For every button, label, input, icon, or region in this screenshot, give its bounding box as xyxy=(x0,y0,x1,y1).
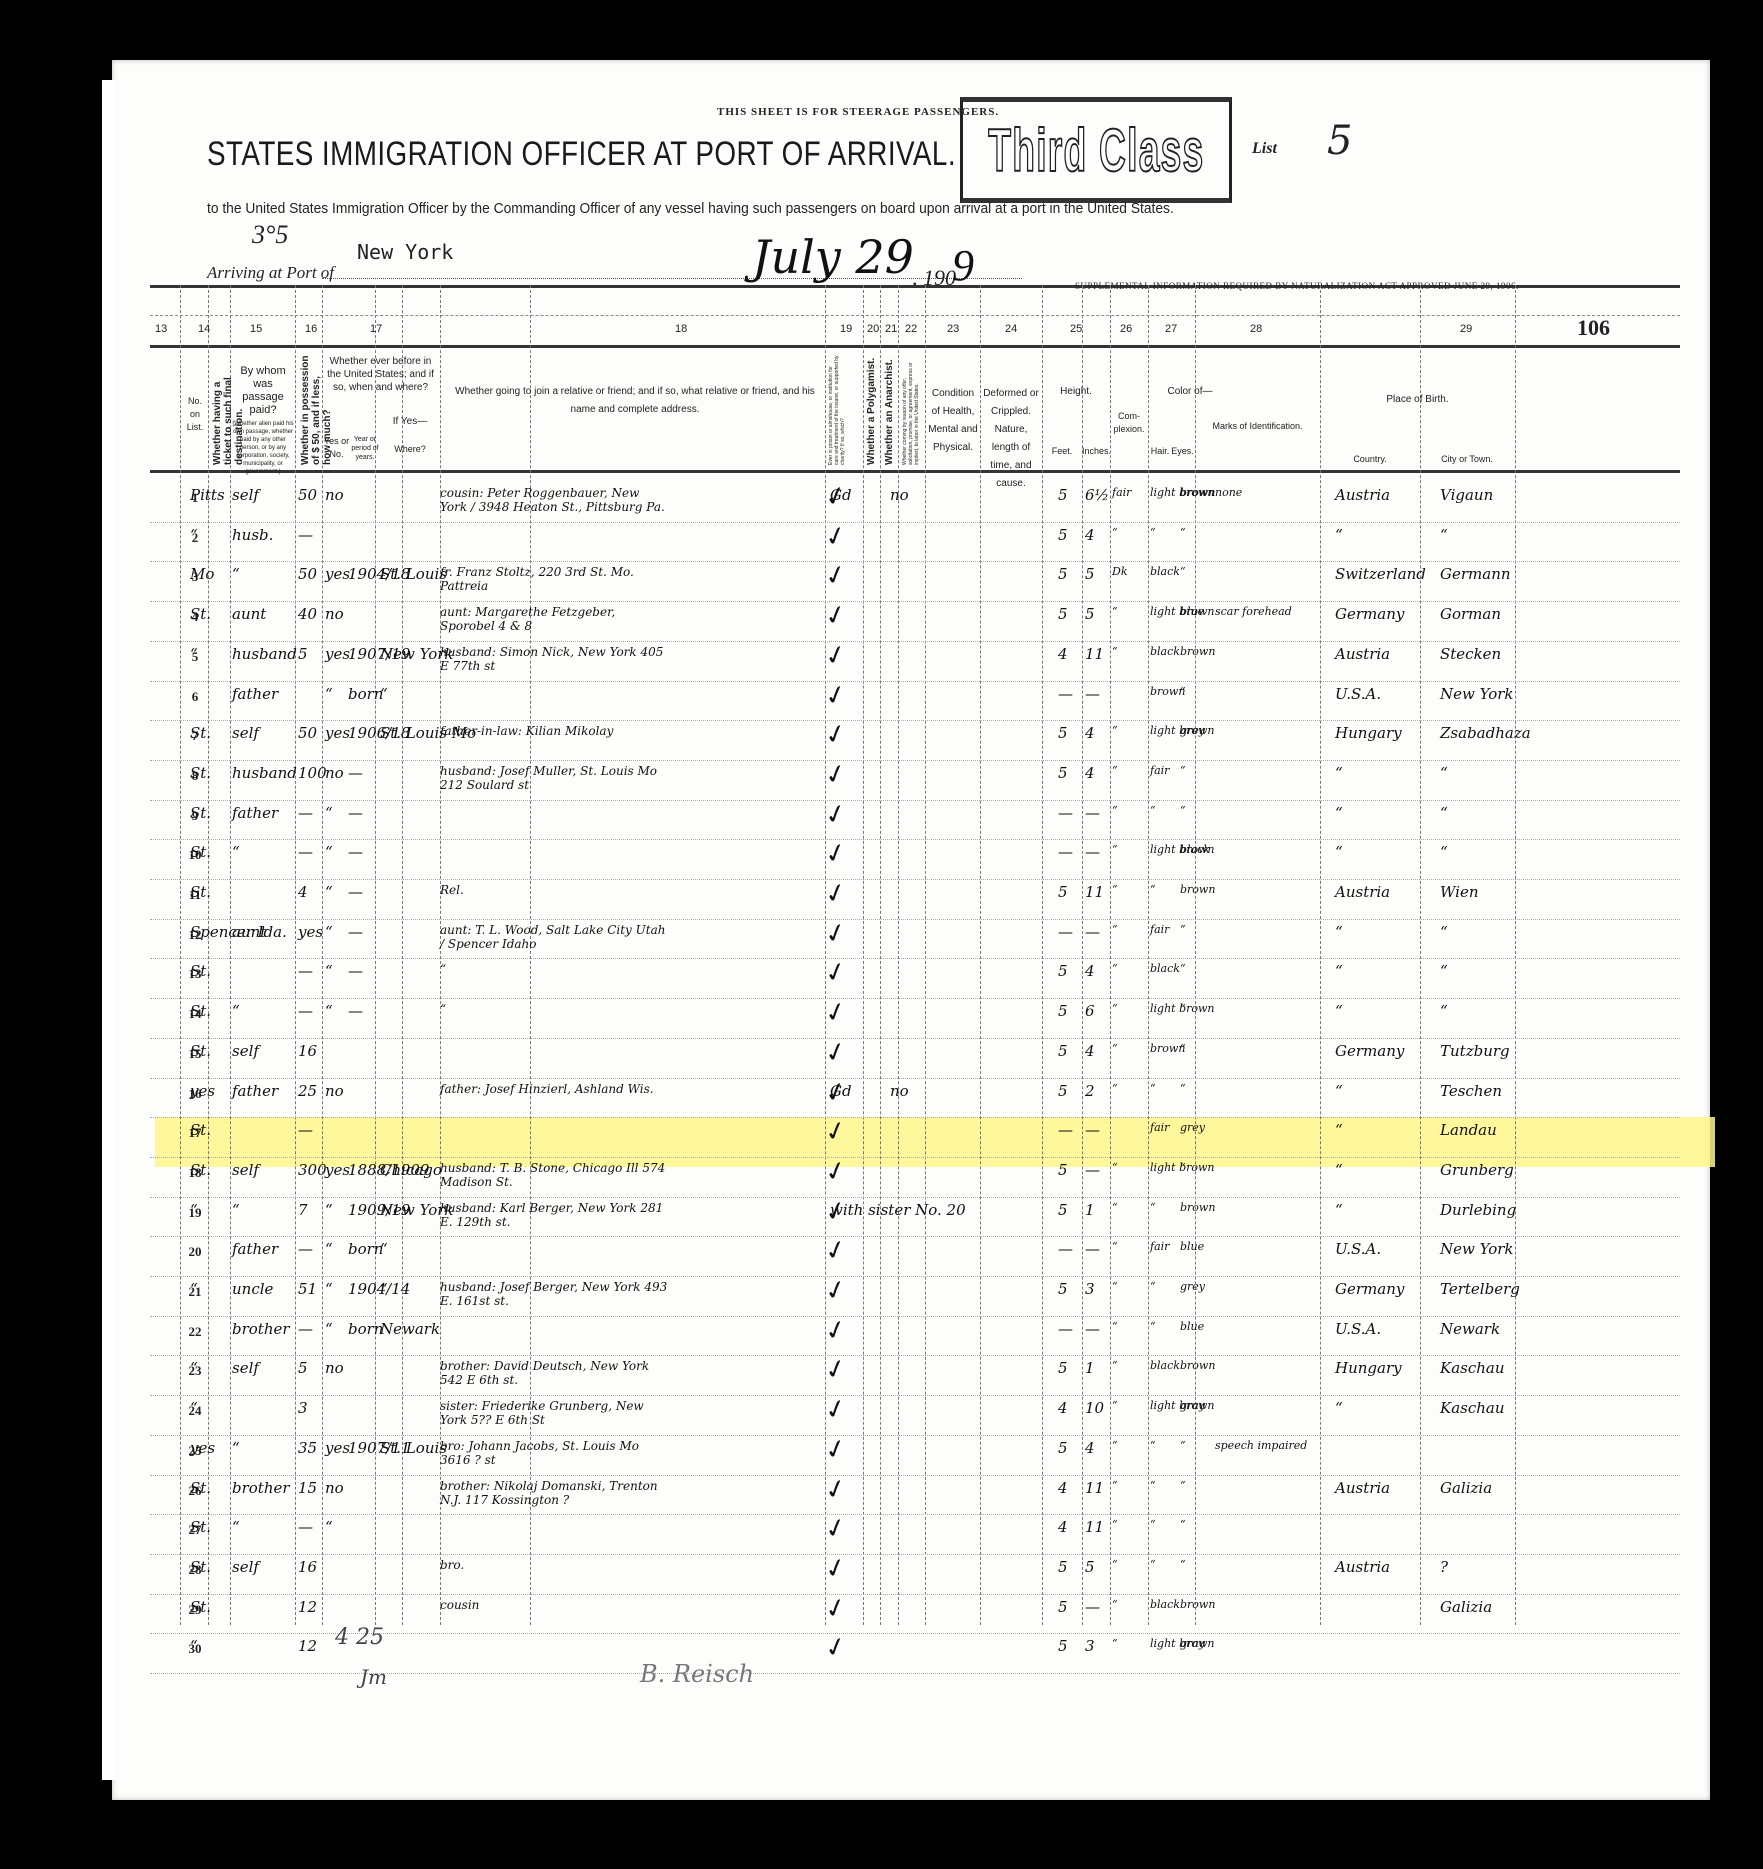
eyes-cell: blue xyxy=(1180,605,1204,618)
country-cell: Switzerland xyxy=(1335,565,1426,583)
money-cell: 51 xyxy=(298,1280,317,1298)
complexion-cell: “ xyxy=(1112,1479,1118,1492)
col-19-number: 19 xyxy=(840,323,852,335)
year-cell: — xyxy=(348,883,363,901)
row-divider xyxy=(150,998,1680,999)
header-anarchist: Whether an Anarchist. xyxy=(884,355,895,465)
eyes-cell: brown xyxy=(1180,1598,1215,1611)
relative-cell: cousin xyxy=(440,1598,479,1612)
inches-cell: 11 xyxy=(1085,1518,1104,1536)
deformed-cell: no xyxy=(890,1082,909,1100)
feet-cell: 5 xyxy=(1058,1637,1068,1655)
been-before-cell: “ xyxy=(325,1518,333,1536)
row-divider xyxy=(150,919,1680,920)
ticket-cell: “ xyxy=(190,1399,198,1417)
header-if-yes: If Yes— xyxy=(380,415,440,428)
passage-paid-cell: aunt xyxy=(232,923,266,941)
money-cell: — xyxy=(298,843,313,861)
money-cell: — xyxy=(298,1121,313,1139)
ticket-cell: St. xyxy=(190,1479,211,1497)
been-before-cell: no xyxy=(325,1082,344,1100)
inches-cell: 5 xyxy=(1085,565,1095,583)
country-cell: “ xyxy=(1335,1002,1343,1020)
where-cell: “ xyxy=(380,685,388,703)
relative-cell: father-in-law: Kilian Mikolay xyxy=(440,724,613,738)
been-before-cell: “ xyxy=(325,1002,333,1020)
eyes-cell: brown xyxy=(1180,645,1215,658)
been-before-cell: yes xyxy=(325,645,350,663)
col-21-number: 21 xyxy=(885,323,897,335)
eyes-cell: “ xyxy=(1180,804,1186,817)
been-before-cell: “ xyxy=(325,1280,333,1298)
passage-paid-cell: father xyxy=(232,804,278,822)
money-cell: 5 xyxy=(298,645,308,663)
complexion-cell: “ xyxy=(1112,1280,1118,1293)
stamp-text: Third Class xyxy=(988,116,1204,185)
year-digit: 9 xyxy=(952,240,974,291)
been-before-cell: yes xyxy=(325,724,350,742)
inches-cell: 4 xyxy=(1085,962,1095,980)
money-cell: 25 xyxy=(298,1082,317,1100)
hair-cell: “ xyxy=(1150,1320,1156,1333)
money-cell: 3 xyxy=(298,1399,308,1417)
country-cell: U.S.A. xyxy=(1335,685,1381,703)
ticket-cell: yes xyxy=(190,1082,215,1100)
row-divider xyxy=(150,1554,1680,1555)
city-cell: Wien xyxy=(1440,883,1479,901)
money-cell: 15 xyxy=(298,1479,317,1497)
feet-cell: 4 xyxy=(1058,1479,1068,1497)
header-polygamist: Whether a Polygamist. xyxy=(866,355,877,465)
passage-paid-cell: husband xyxy=(232,645,297,663)
hair-cell: black xyxy=(1150,565,1180,578)
row-divider xyxy=(150,1276,1680,1277)
complexion-cell: “ xyxy=(1112,1042,1118,1055)
feet-cell: 5 xyxy=(1058,1280,1068,1298)
inches-cell: — xyxy=(1085,1598,1100,1616)
health-cell: with sister No. 20 xyxy=(830,1201,966,1219)
eyes-cell: grey xyxy=(1180,1280,1205,1293)
header-passage-note: (Whether alien paid his own passage, whe… xyxy=(232,420,294,476)
city-cell: Gorman xyxy=(1440,605,1501,623)
ticket-cell: St. xyxy=(190,962,211,980)
arrival-date: July 29 xyxy=(752,230,914,284)
eyes-cell: “ xyxy=(1180,764,1186,777)
relative-cell: Rel. xyxy=(440,883,464,897)
feet-cell: 5 xyxy=(1058,565,1068,583)
city-cell: Kaschau xyxy=(1440,1399,1505,1417)
header-health: Condition of Health, Mental and Physical… xyxy=(927,385,979,457)
money-cell: 40 xyxy=(298,605,317,623)
row-divider xyxy=(150,1475,1680,1476)
hair-cell: “ xyxy=(1150,1479,1156,1492)
officer-signature: B. Reisch xyxy=(640,1660,754,1688)
relative-cell: husband: Karl Berger, New York 281 E. 12… xyxy=(440,1201,670,1229)
complexion-cell: “ xyxy=(1112,1082,1118,1095)
eyes-cell: “ xyxy=(1180,1082,1186,1095)
header-inches: Inches. xyxy=(1082,445,1110,458)
header-height: Height. xyxy=(1045,385,1107,398)
relative-cell: fr. Franz Stoltz, 220 3rd St. Mo. Pattre… xyxy=(440,565,670,593)
city-cell: Grunberg xyxy=(1440,1161,1514,1179)
feet-cell: — xyxy=(1058,1320,1073,1338)
hair-cell: “ xyxy=(1150,804,1156,817)
ticket-cell: Pitts xyxy=(190,486,225,504)
eyes-cell: “ xyxy=(1180,565,1186,578)
country-cell: “ xyxy=(1335,843,1343,861)
eyes-cell: “ xyxy=(1180,685,1186,698)
header-marks: Marks of Identification. xyxy=(1200,420,1315,433)
been-before-cell: “ xyxy=(325,1201,333,1219)
city-cell: Stecken xyxy=(1440,645,1501,663)
row-divider xyxy=(150,1157,1680,1158)
col-28-number: 28 xyxy=(1250,323,1262,335)
eyes-cell: gray xyxy=(1180,1637,1205,1650)
header-hair: Hair. xyxy=(1150,445,1170,458)
feet-cell: 5 xyxy=(1058,764,1068,782)
row-divider xyxy=(150,1355,1680,1356)
money-cell: — xyxy=(298,1320,313,1338)
inches-cell: 4 xyxy=(1085,526,1095,544)
hair-cell: “ xyxy=(1150,1082,1156,1095)
relative-cell: husband: T. B. Stone, Chicago Ill 574 Ma… xyxy=(440,1161,670,1189)
col-18-number: 18 xyxy=(675,323,687,335)
been-before-cell: yes xyxy=(325,1439,350,1457)
header-eyes: Eyes. xyxy=(1170,445,1195,458)
feet-cell: 4 xyxy=(1058,1518,1068,1536)
feet-cell: — xyxy=(1058,1121,1073,1139)
feet-cell: 5 xyxy=(1058,1359,1068,1377)
list-label: List xyxy=(1252,140,1277,158)
eyes-cell: “ xyxy=(1180,1558,1186,1571)
row-divider xyxy=(150,1435,1680,1436)
col-26-number: 26 xyxy=(1120,323,1132,335)
complexion-cell: “ xyxy=(1112,1359,1118,1372)
row-divider xyxy=(150,641,1680,642)
eyes-cell: “ xyxy=(1180,962,1186,975)
complexion-cell: “ xyxy=(1112,1558,1118,1571)
row-divider xyxy=(150,1316,1680,1317)
been-before-cell: yes xyxy=(325,565,350,583)
ticket-cell: “ xyxy=(190,1637,198,1655)
city-cell: Teschen xyxy=(1440,1082,1502,1100)
money-cell: 50 xyxy=(298,724,317,742)
header-color-of: Color of— xyxy=(1150,385,1230,398)
row-number: 22 xyxy=(180,1324,210,1340)
city-cell: Galizia xyxy=(1440,1479,1492,1497)
inches-cell: 1 xyxy=(1085,1201,1095,1219)
feet-cell: — xyxy=(1058,923,1073,941)
eyes-cell: “ xyxy=(1180,1002,1186,1015)
inches-cell: 3 xyxy=(1085,1280,1095,1298)
been-before-cell: “ xyxy=(325,1240,333,1258)
inches-cell: 2 xyxy=(1085,1082,1095,1100)
year-cell: born xyxy=(348,685,383,703)
hair-cell: “ xyxy=(1150,1280,1156,1293)
passage-paid-cell: husb. xyxy=(232,526,273,544)
inches-cell: — xyxy=(1085,923,1100,941)
money-cell: 12 xyxy=(298,1637,317,1655)
eyes-cell: blue xyxy=(1180,1240,1204,1253)
ticket-cell: St. xyxy=(190,724,211,742)
col-29-number: 29 xyxy=(1460,323,1472,335)
been-before-cell: no xyxy=(325,764,344,782)
complexion-cell: “ xyxy=(1112,1201,1118,1214)
passage-paid-cell: self xyxy=(232,1558,259,1576)
relative-cell: husband: Simon Nick, New York 405 E 77th… xyxy=(440,645,670,673)
year-cell: — xyxy=(348,923,363,941)
where-cell: “ xyxy=(380,1240,388,1258)
ticket-cell: St. xyxy=(190,883,211,901)
city-cell: Landau xyxy=(1440,1121,1497,1139)
passage-paid-cell: self xyxy=(232,1042,259,1060)
eyes-cell: brown xyxy=(1180,883,1215,896)
eyes-cell: gray xyxy=(1180,1399,1205,1412)
been-before-cell: “ xyxy=(325,923,333,941)
col-20-number: 20 xyxy=(867,323,879,335)
money-cell: — xyxy=(298,1240,313,1258)
hair-cell: fair xyxy=(1150,1240,1169,1253)
year-cell: — xyxy=(348,843,363,861)
list-number: 5 xyxy=(1327,118,1352,164)
relative-cell: bro. xyxy=(440,1558,464,1572)
third-class-stamp: Third Class xyxy=(960,97,1232,203)
col-22-number: 22 xyxy=(905,323,917,335)
country-cell: “ xyxy=(1335,804,1343,822)
col-24-number: 24 xyxy=(1005,323,1017,335)
complexion-cell: “ xyxy=(1112,883,1118,896)
eyes-cell: brown xyxy=(1180,1201,1215,1214)
inches-cell: — xyxy=(1085,1320,1100,1338)
col-17-number: 17 xyxy=(370,323,382,335)
eyes-cell: “ xyxy=(1180,1439,1186,1452)
ticket-cell: St. xyxy=(190,1121,211,1139)
feet-cell: 5 xyxy=(1058,1161,1068,1179)
ticket-cell: St. xyxy=(190,1518,211,1536)
city-cell: Durlebing xyxy=(1440,1201,1516,1219)
complexion-cell: “ xyxy=(1112,843,1118,856)
country-cell: “ xyxy=(1335,526,1343,544)
money-cell: 100 xyxy=(298,764,327,782)
row-number: 6 xyxy=(180,689,210,705)
feet-cell: 5 xyxy=(1058,1201,1068,1219)
where-cell: St. Louis xyxy=(380,565,447,583)
city-cell: Tutzburg xyxy=(1440,1042,1510,1060)
page-title: STATES IMMIGRATION OFFICER AT PORT OF AR… xyxy=(207,135,956,174)
header-year: Year or period of years. xyxy=(350,435,380,462)
where-cell: “ xyxy=(380,1280,388,1298)
relative-cell: husband: Josef Muller, St. Louis Mo 212 … xyxy=(440,764,670,792)
city-cell: New York xyxy=(1440,685,1514,703)
inches-cell: 6 xyxy=(1085,1002,1095,1020)
ticket-cell: yes xyxy=(190,1439,215,1457)
feet-cell: — xyxy=(1058,685,1073,703)
relative-cell: aunt: T. L. Wood, Salt Lake City Utah / … xyxy=(440,923,670,951)
complexion-cell: “ xyxy=(1112,1598,1118,1611)
city-cell: ? xyxy=(1440,1558,1448,1576)
year-cell: — xyxy=(348,1002,363,1020)
inches-cell: — xyxy=(1085,1161,1100,1179)
city-cell: “ xyxy=(1440,843,1448,861)
hair-cell: fair xyxy=(1150,764,1169,777)
hair-cell: black xyxy=(1150,1359,1180,1372)
been-before-cell: no xyxy=(325,605,344,623)
port-name: New York xyxy=(357,240,453,264)
complexion-cell: “ xyxy=(1112,804,1118,817)
footer-initials: Jm xyxy=(360,1665,387,1689)
header-ever-before: Whether ever before in the United States… xyxy=(323,355,438,394)
inches-cell: 4 xyxy=(1085,1042,1095,1060)
passage-paid-cell: aunt xyxy=(232,605,266,623)
feet-cell: 5 xyxy=(1058,962,1068,980)
city-cell: “ xyxy=(1440,526,1448,544)
complexion-cell: fair xyxy=(1112,486,1131,499)
inches-cell: — xyxy=(1085,685,1100,703)
feet-cell: — xyxy=(1058,1240,1073,1258)
steerage-notice: THIS SHEET IS FOR STEERAGE PASSENGERS. xyxy=(717,106,999,118)
inches-cell: 11 xyxy=(1085,1479,1104,1497)
money-cell: — xyxy=(298,804,313,822)
country-cell: Austria xyxy=(1335,645,1390,663)
eyes-cell: grey xyxy=(1180,1121,1205,1134)
been-before-cell: “ xyxy=(325,883,333,901)
ship-mark: 3°5 xyxy=(252,220,288,250)
been-before-cell: “ xyxy=(325,962,333,980)
year-cell: born xyxy=(348,1240,383,1258)
row-divider xyxy=(150,720,1680,721)
country-cell: Austria xyxy=(1335,486,1390,504)
passage-paid-cell: “ xyxy=(232,1518,240,1536)
inches-cell: 6½ xyxy=(1085,486,1109,504)
hair-cell: black xyxy=(1150,1598,1180,1611)
ticket-cell: “ xyxy=(190,645,198,663)
supplemental-header: SUPPLEMENTAL INFORMATION REQUIRED BY NAT… xyxy=(1075,281,1519,291)
country-cell: “ xyxy=(1335,1399,1343,1417)
col-25-number: 25 xyxy=(1070,323,1082,335)
feet-cell: 4 xyxy=(1058,645,1068,663)
ticket-cell: St. xyxy=(190,605,211,623)
been-before-cell: yes xyxy=(325,1161,350,1179)
year-cell: born xyxy=(348,1320,383,1338)
subtitle: to the United States Immigration Officer… xyxy=(207,200,1174,217)
row-divider xyxy=(150,958,1680,959)
country-cell: “ xyxy=(1335,764,1343,782)
complexion-cell: “ xyxy=(1112,1002,1118,1015)
money-cell: 16 xyxy=(298,1558,317,1576)
relative-cell: brother: David Deutsch, New York 542 E 6… xyxy=(440,1359,670,1387)
passage-paid-cell: uncle xyxy=(232,1280,273,1298)
feet-cell: 5 xyxy=(1058,1002,1068,1020)
relative-cell: “ xyxy=(440,1002,446,1016)
row-divider xyxy=(150,1197,1680,1198)
been-before-cell: no xyxy=(325,1479,344,1497)
ticket-cell: “ xyxy=(190,1280,198,1298)
money-cell: — xyxy=(298,1518,313,1536)
money-cell: — xyxy=(298,962,313,980)
relative-cell: “ xyxy=(440,962,446,976)
complexion-cell: “ xyxy=(1112,1240,1118,1253)
feet-cell: — xyxy=(1058,843,1073,861)
header-country: Country. xyxy=(1325,453,1415,466)
eyes-cell: grey xyxy=(1180,724,1205,737)
money-cell: 50 xyxy=(298,565,317,583)
feet-cell: 4 xyxy=(1058,1399,1068,1417)
header-feet: Feet. xyxy=(1043,445,1081,458)
city-cell: “ xyxy=(1440,923,1448,941)
country-cell: Germany xyxy=(1335,1042,1404,1060)
row-divider xyxy=(150,1395,1680,1396)
eyes-cell: “ xyxy=(1180,1042,1186,1055)
year-cell: — xyxy=(348,804,363,822)
country-cell: U.S.A. xyxy=(1335,1240,1381,1258)
money-cell: — xyxy=(298,526,313,544)
deformed-cell: no xyxy=(890,486,909,504)
row-divider xyxy=(150,1078,1680,1079)
row-divider xyxy=(150,561,1680,562)
passage-paid-cell: father xyxy=(232,685,278,703)
feet-cell: 5 xyxy=(1058,1042,1068,1060)
ticket-cell: St. xyxy=(190,1558,211,1576)
passage-paid-cell: self xyxy=(232,724,259,742)
inches-cell: 5 xyxy=(1085,1558,1095,1576)
complexion-cell: “ xyxy=(1112,645,1118,658)
been-before-cell: “ xyxy=(325,804,333,822)
col-14-number: 14 xyxy=(198,323,210,335)
passage-paid-cell: self xyxy=(232,1161,259,1179)
passage-paid-cell: self xyxy=(232,1359,259,1377)
eyes-cell: brown xyxy=(1180,1359,1215,1372)
complexion-cell: Dk xyxy=(1112,565,1128,578)
header-complexion: Com-plexion. xyxy=(1112,410,1146,436)
ticket-cell: St. xyxy=(190,1161,211,1179)
passage-paid-cell: “ xyxy=(232,1002,240,1020)
been-before-cell: no xyxy=(325,486,344,504)
country-cell: Austria xyxy=(1335,1479,1390,1497)
header-place-of-birth: Place of Birth. xyxy=(1325,393,1510,406)
inches-cell: — xyxy=(1085,843,1100,861)
hair-cell: “ xyxy=(1150,1201,1156,1214)
passage-paid-cell: “ xyxy=(232,565,240,583)
eyes-cell: “ xyxy=(1180,1479,1186,1492)
year-cell: — xyxy=(348,764,363,782)
header-city: City or Town. xyxy=(1422,453,1512,466)
hair-cell: fair xyxy=(1150,1121,1169,1134)
hair-cell: “ xyxy=(1150,1439,1156,1452)
complexion-cell: “ xyxy=(1112,1637,1118,1650)
header-prison: Ever in prison or almshouse, or institut… xyxy=(828,355,846,465)
feet-cell: 5 xyxy=(1058,724,1068,742)
money-cell: 4 xyxy=(298,883,308,901)
country-cell: “ xyxy=(1335,1161,1343,1179)
city-cell: Zsabadhaza xyxy=(1440,724,1531,742)
ticket-cell: “ xyxy=(190,526,198,544)
hair-cell: black xyxy=(1150,962,1180,975)
ticket-cell: St. xyxy=(190,804,211,822)
complexion-cell: “ xyxy=(1112,923,1118,936)
city-cell: “ xyxy=(1440,804,1448,822)
complexion-cell: “ xyxy=(1112,1439,1118,1452)
row-divider xyxy=(150,1514,1680,1515)
eyes-cell: “ xyxy=(1180,526,1186,539)
country-cell: Germany xyxy=(1335,605,1404,623)
been-before-cell: “ xyxy=(325,843,333,861)
country-cell: Austria xyxy=(1335,1558,1390,1576)
hair-cell: fair xyxy=(1150,923,1169,936)
money-cell: 50 xyxy=(298,486,317,504)
country-cell: Hungary xyxy=(1335,724,1402,742)
hair-cell: “ xyxy=(1150,883,1156,896)
eyes-cell: black xyxy=(1180,843,1210,856)
